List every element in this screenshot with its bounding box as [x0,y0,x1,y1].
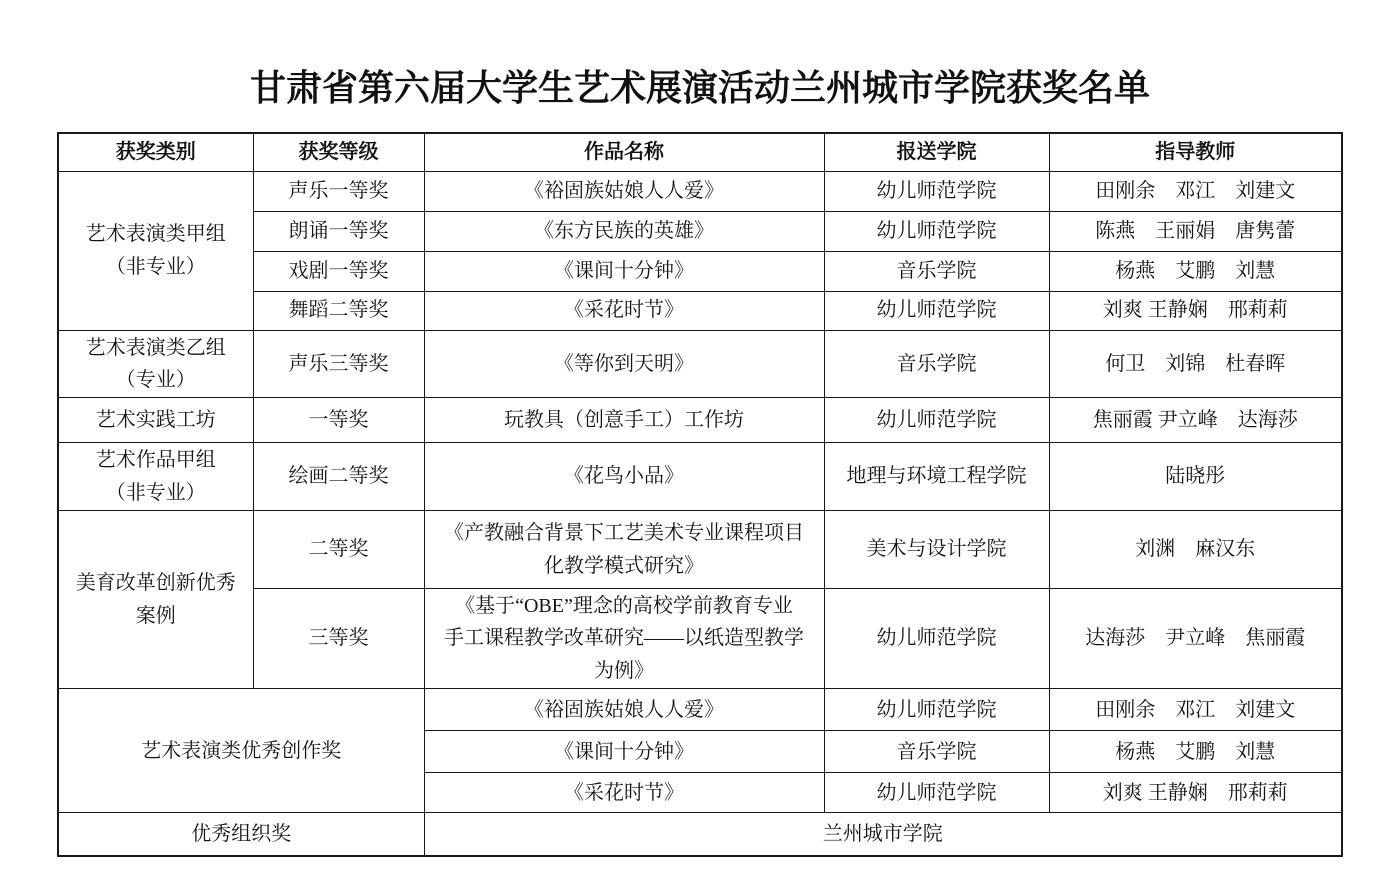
teachers-cell: 杨燕 艾鹏 刘慧 [1049,251,1342,291]
category-cell: 艺术表演类优秀创作奖 [58,689,424,813]
work-cell: 《采花时节》 [424,291,824,330]
table-row: 艺术表演类乙组 （专业）声乐三等奖《等你到天明》音乐学院何卫 刘锦 杜春晖 [58,330,1342,398]
table-header-row: 获奖类别获奖等级作品名称报送学院指导教师 [58,133,1342,171]
grade-cell: 三等奖 [253,589,424,689]
work-cell: 《裕固族姑娘人人爱》 [424,689,824,731]
grade-cell: 舞蹈二等奖 [253,291,424,330]
table-row: 优秀组织奖兰州城市学院 [58,813,1342,856]
table-row: 艺术表演类优秀创作奖《裕固族姑娘人人爱》幼儿师范学院田刚余 邓江 刘建文 [58,689,1342,731]
work-cell: 《课间十分钟》 [424,251,824,291]
table-row: 艺术实践工坊一等奖玩教具（创意手工）工作坊幼儿师范学院焦丽霞 尹立峰 达海莎 [58,398,1342,443]
work-cell: 玩教具（创意手工）工作坊 [424,398,824,443]
work-cell: 兰州城市学院 [424,813,1342,856]
work-cell: 《基于“OBE”理念的高校学前教育专业 手工课程教学改革研究——以纸造型教学 为… [424,589,824,689]
college-cell: 音乐学院 [824,731,1049,773]
college-cell: 音乐学院 [824,251,1049,291]
college-cell: 音乐学院 [824,330,1049,398]
document-page: 甘肃省第六届大学生艺术展演活动兰州城市学院获奖名单 获奖类别获奖等级作品名称报送… [57,0,1343,857]
header-cell-work: 作品名称 [424,133,824,171]
awards-table: 获奖类别获奖等级作品名称报送学院指导教师 艺术表演类甲组 （非专业）声乐一等奖《… [57,132,1343,857]
college-cell: 幼儿师范学院 [824,773,1049,813]
work-cell: 《东方民族的英雄》 [424,211,824,251]
category-cell: 艺术作品甲组 （非专业） [58,443,253,511]
header-cell-teachers: 指导教师 [1049,133,1342,171]
college-cell: 地理与环境工程学院 [824,443,1049,511]
table-row: 艺术作品甲组 （非专业）绘画二等奖《花鸟小品》地理与环境工程学院陆晓彤 [58,443,1342,511]
work-cell: 《课间十分钟》 [424,731,824,773]
category-cell: 优秀组织奖 [58,813,424,856]
work-cell: 《花鸟小品》 [424,443,824,511]
table-row: 美育改革创新优秀 案例二等奖《产教融合背景下工艺美术专业课程项目 化教学模式研究… [58,511,1342,589]
teachers-cell: 刘爽 王静娴 邢莉莉 [1049,773,1342,813]
category-cell: 艺术实践工坊 [58,398,253,443]
grade-cell: 一等奖 [253,398,424,443]
college-cell: 幼儿师范学院 [824,689,1049,731]
work-cell: 《产教融合背景下工艺美术专业课程项目 化教学模式研究》 [424,511,824,589]
college-cell: 幼儿师范学院 [824,291,1049,330]
teachers-cell: 杨燕 艾鹏 刘慧 [1049,731,1342,773]
college-cell: 美术与设计学院 [824,511,1049,589]
college-cell: 幼儿师范学院 [824,398,1049,443]
grade-cell: 朗诵一等奖 [253,211,424,251]
category-cell: 艺术表演类甲组 （非专业） [58,171,253,330]
table-body: 艺术表演类甲组 （非专业）声乐一等奖《裕固族姑娘人人爱》幼儿师范学院田刚余 邓江… [58,171,1342,856]
teachers-cell: 刘爽 王静娴 邢莉莉 [1049,291,1342,330]
work-cell: 《等你到天明》 [424,330,824,398]
work-cell: 《裕固族姑娘人人爱》 [424,171,824,211]
header-cell-category: 获奖类别 [58,133,253,171]
teachers-cell: 陈燕 王丽娟 唐隽蕾 [1049,211,1342,251]
grade-cell: 声乐三等奖 [253,330,424,398]
teachers-cell: 田刚余 邓江 刘建文 [1049,171,1342,211]
college-cell: 幼儿师范学院 [824,171,1049,211]
grade-cell: 二等奖 [253,511,424,589]
grade-cell: 绘画二等奖 [253,443,424,511]
category-cell: 艺术表演类乙组 （专业） [58,330,253,398]
teachers-cell: 陆晓彤 [1049,443,1342,511]
teachers-cell: 刘渊 麻汉东 [1049,511,1342,589]
header-cell-grade: 获奖等级 [253,133,424,171]
teachers-cell: 达海莎 尹立峰 焦丽霞 [1049,589,1342,689]
table-row: 艺术表演类甲组 （非专业）声乐一等奖《裕固族姑娘人人爱》幼儿师范学院田刚余 邓江… [58,171,1342,211]
teachers-cell: 焦丽霞 尹立峰 达海莎 [1049,398,1342,443]
document-title: 甘肃省第六届大学生艺术展演活动兰州城市学院获奖名单 [57,0,1343,111]
category-cell: 美育改革创新优秀 案例 [58,511,253,689]
teachers-cell: 田刚余 邓江 刘建文 [1049,689,1342,731]
grade-cell: 戏剧一等奖 [253,251,424,291]
work-cell: 《采花时节》 [424,773,824,813]
grade-cell: 声乐一等奖 [253,171,424,211]
header-cell-college: 报送学院 [824,133,1049,171]
college-cell: 幼儿师范学院 [824,589,1049,689]
teachers-cell: 何卫 刘锦 杜春晖 [1049,330,1342,398]
college-cell: 幼儿师范学院 [824,211,1049,251]
